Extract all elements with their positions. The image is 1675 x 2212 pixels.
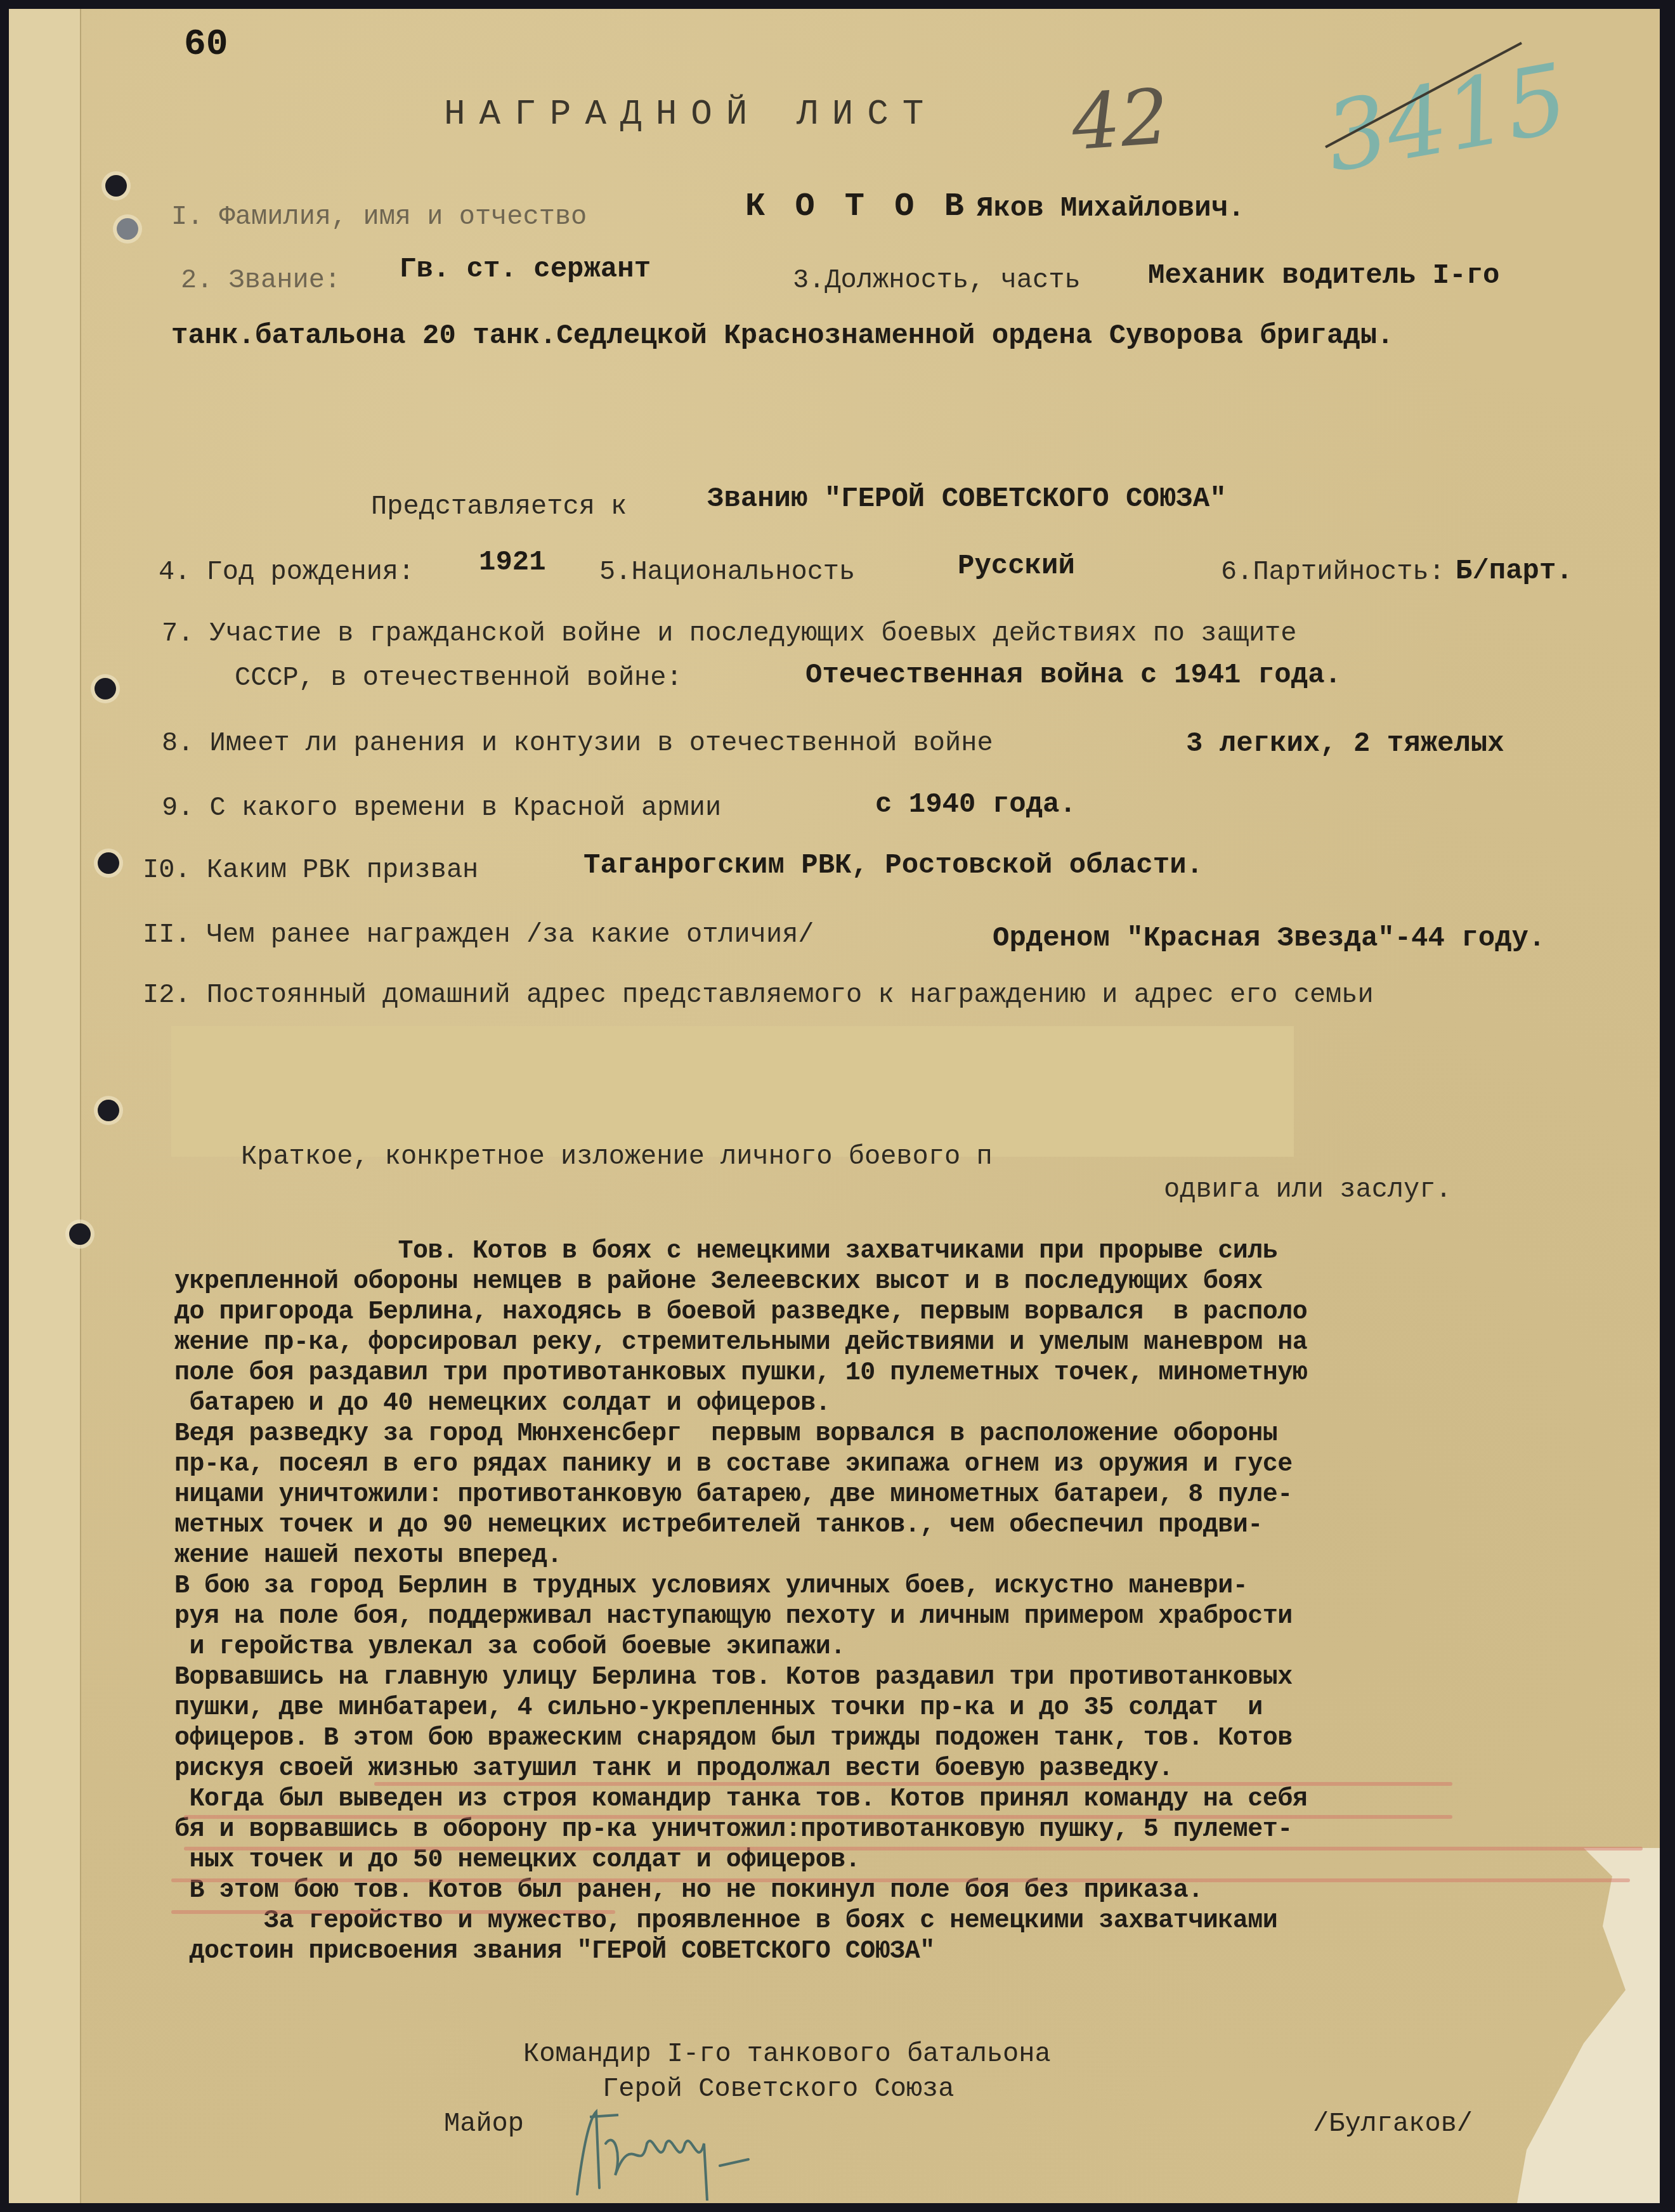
narrative-line: жение нашей пехоты вперед. <box>174 1541 1652 1571</box>
narrative-line: укрепленной обороны немцев в районе Зеле… <box>174 1267 1652 1298</box>
punch-hole-icon <box>98 852 119 874</box>
field-3-label: 3.Должность, часть <box>793 265 1081 296</box>
punch-hole-icon <box>98 1100 119 1121</box>
red-underline-mark <box>171 1878 1630 1882</box>
field-9-value: с 1940 года. <box>875 789 1076 821</box>
narrative-line: ницами уничтожили: противотанковую батар… <box>174 1480 1652 1511</box>
field-11-label: II. Чем ранее награжден /за какие отличи… <box>143 920 814 950</box>
field-7-label-cont: СССР, в отечественной войне: <box>235 663 682 693</box>
narrative-line: поле боя раздавил три противотанковых пу… <box>174 1358 1652 1389</box>
field-5-value: Русский <box>958 550 1075 582</box>
binding-margin <box>9 9 81 2203</box>
summary-heading-line1: Краткое, конкретное изложение личного бо… <box>241 1142 993 1172</box>
narrative-line: Тов. Котов в боях с немецкими захватчика… <box>174 1237 1652 1267</box>
narrative-line: жение пр-ка, форсировал реку, стремитель… <box>174 1328 1652 1358</box>
narrative-line: В бою за город Берлин в трудных условиях… <box>174 1571 1652 1602</box>
narrative-line: бя и ворвавшись в оборону пр-ка уничтожи… <box>174 1815 1652 1845</box>
field-2-label: 2. Звание: <box>181 265 341 296</box>
field-5-label: 5.Национальность <box>599 557 855 587</box>
field-12-label: I2. Постоянный домашний адрес представля… <box>143 980 1374 1010</box>
field-1-surname: К О Т О В <box>745 188 969 225</box>
signatory-position: Командир I-го танкового батальона <box>523 2039 1051 2069</box>
narrative-text: Тов. Котов в боях с немецкими захватчика… <box>174 1237 1652 1967</box>
document-title: НАГРАДНОЙ ЛИСТ <box>444 94 937 134</box>
field-3-value: Механик водитель I-го <box>1148 260 1500 292</box>
narrative-line: достоин присвоения звания "ГЕРОЙ СОВЕТСК… <box>174 1937 1652 1967</box>
nomination-value: Званию "ГЕРОЙ СОВЕТСКОГО СОЮЗА" <box>707 483 1227 515</box>
narrative-line: метных точек и до 90 немецких истребител… <box>174 1511 1652 1541</box>
field-4-label: 4. Год рождения: <box>159 557 414 587</box>
signatory-title: Герой Советского Союза <box>603 2074 955 2104</box>
narrative-line: пушки, две минбатареи, 4 сильно-укреплен… <box>174 1693 1652 1724</box>
page-number: 60 <box>184 24 228 65</box>
red-underline-mark <box>171 1910 615 1914</box>
narrative-line: батарею и до 40 немецких солдат и офицер… <box>174 1389 1652 1419</box>
field-6-value: Б/парт. <box>1456 556 1573 587</box>
field-11-value: Орденом "Красная Звезда"-44 году. <box>993 923 1545 954</box>
field-3-value-cont: танк.батальона 20 танк.Седлецкой Красноз… <box>171 320 1394 352</box>
field-10-value: Таганрогским РВК, Ростовской области. <box>583 850 1203 882</box>
signatory-rank: Майор <box>444 2109 524 2139</box>
field-8-label: 8. Имеет ли ранения и контузии в отечест… <box>162 728 993 758</box>
punch-hole-icon <box>95 678 116 699</box>
narrative-line: и геройства увлекал за собой боевые экип… <box>174 1632 1652 1663</box>
punch-hole-icon <box>117 218 138 240</box>
handwritten-signature-icon <box>571 2105 780 2201</box>
red-underline-mark <box>374 1782 1452 1786</box>
summary-heading-line2: одвига или заслуг. <box>1164 1174 1452 1205</box>
nomination-label: Представляется к <box>371 491 627 522</box>
red-underline-mark <box>184 1847 1643 1851</box>
redacted-address-area <box>171 1026 1294 1157</box>
field-2-value: Гв. ст. сержант <box>400 254 651 285</box>
field-1-label: I. Фамилия, имя и отчество <box>171 202 587 232</box>
narrative-line: до пригорода Берлина, находясь в боевой … <box>174 1298 1652 1328</box>
punch-hole-icon <box>105 175 127 197</box>
field-9-label: 9. С какого времени в Красной армии <box>162 793 721 823</box>
field-8-value: 3 легких, 2 тяжелых <box>1186 728 1504 760</box>
field-10-label: I0. Каким РВК призван <box>143 855 478 885</box>
narrative-line: офицеров. В этом бою вражеским снарядом … <box>174 1724 1652 1754</box>
narrative-line: Ведя разведку за город Мюнхенсберг первы… <box>174 1419 1652 1450</box>
field-1-name: Яков Михайлович. <box>977 193 1244 224</box>
punch-hole-icon <box>69 1223 91 1245</box>
red-underline-mark <box>184 1815 1452 1819</box>
signatory-name: /Булгаков/ <box>1313 2109 1473 2139</box>
field-4-value: 1921 <box>479 547 546 578</box>
narrative-line: рискуя своей жизнью затушил танк и продо… <box>174 1754 1652 1785</box>
narrative-line: Когда был выведен из строя командир танк… <box>174 1785 1652 1815</box>
field-7-value: Отечественная война с 1941 года. <box>805 660 1341 691</box>
narrative-line: пр-ка, посеял в его рядах панику и в сос… <box>174 1450 1652 1480</box>
narrative-line: Ворвавшись на главную улицу Берлина тов.… <box>174 1663 1652 1693</box>
field-6-label: 6.Партийность: <box>1221 557 1445 587</box>
handwritten-number: 42 <box>1069 73 1171 167</box>
field-7-label: 7. Участие в гражданской войне и последу… <box>162 618 1297 649</box>
narrative-line: руя на поле боя, поддерживал наступающую… <box>174 1602 1652 1632</box>
